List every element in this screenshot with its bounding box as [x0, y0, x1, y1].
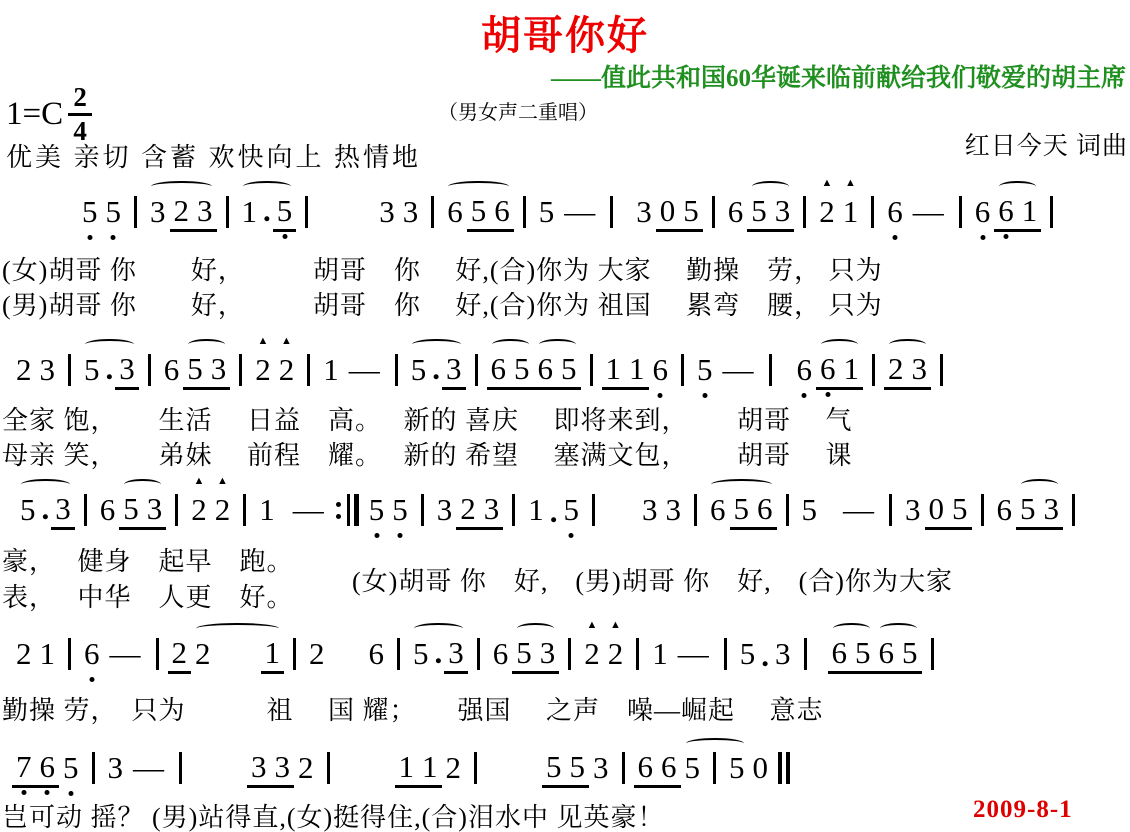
barline — [134, 196, 137, 228]
note-2: 2 — [170, 193, 194, 229]
dash-extension-mark: — — [127, 750, 170, 786]
note-5: 5 — [467, 193, 491, 229]
note-5: 5 — [535, 194, 559, 230]
note-3: 3 — [638, 492, 662, 528]
note-2: 2 — [580, 636, 604, 672]
note-5: 5 — [566, 749, 590, 785]
barline — [681, 354, 684, 386]
note-1: 1 — [395, 749, 419, 785]
slur-group: 656 — [443, 193, 514, 232]
dot-extension-mark: . — [433, 637, 445, 674]
note-2: 2 — [168, 635, 192, 674]
note-5: 5 — [725, 750, 749, 786]
barline — [327, 752, 330, 784]
note-3: 3 — [1040, 491, 1064, 527]
note-3: 3 — [433, 492, 457, 528]
note-3: 3 — [271, 749, 295, 785]
slur-group: 21 — [191, 635, 284, 674]
note-2: 2 — [294, 750, 318, 786]
key-signature: 1=C — [6, 96, 63, 133]
note-5: 5 — [365, 492, 389, 528]
beam-group: 05 — [656, 193, 703, 232]
note-2: 2 — [191, 636, 215, 672]
barline — [713, 752, 716, 784]
slur-group: 5.3 — [407, 351, 466, 390]
note-5: 5 — [736, 636, 760, 672]
note-5: 5 — [273, 193, 297, 232]
note-6: 6 — [649, 352, 673, 388]
note-2: 2 — [187, 492, 211, 528]
note-1: 1 — [625, 351, 649, 390]
lyrics-line-verse2: 母亲 笑， 弟妹 前程 耀。 新的 希望 塞满文包， 胡哥 课 — [2, 435, 853, 472]
note-5: 5 — [948, 491, 972, 527]
note-3: 3 — [36, 352, 60, 388]
slur-group: 5.3 — [80, 351, 139, 390]
note-3: 3 — [442, 351, 466, 390]
dash-extension-mark: — — [717, 352, 760, 388]
beam-group: 11 — [395, 749, 442, 788]
barline — [395, 354, 398, 386]
note-3: 3 — [901, 492, 925, 528]
barline — [477, 638, 480, 670]
note-3: 3 — [399, 194, 423, 230]
note-5: 5 — [730, 491, 754, 527]
ensemble-note: （男女声二重唱） — [438, 96, 598, 125]
barline — [68, 638, 71, 670]
dash-extension-mark: — — [672, 636, 715, 672]
note-6: 6 — [490, 193, 514, 229]
dot-extension-mark: . — [548, 496, 560, 533]
note-5: 5 — [102, 194, 126, 230]
note-6: 6 — [706, 492, 730, 528]
note-2: 2 — [604, 636, 628, 672]
note-6: 6 — [80, 636, 104, 672]
note-6: 6 — [724, 194, 748, 230]
slur-group: 55 — [681, 750, 749, 786]
dash-extension-mark: — — [287, 492, 330, 528]
slur-group: 53 — [183, 351, 230, 390]
note-1: 1 — [1018, 193, 1042, 229]
lyrics-line-final: 岂可动 摇？ (男)站得直,(女)挺得住,(合)泪水中 见英豪！ — [2, 797, 664, 832]
barline — [871, 196, 874, 228]
dot-extension-mark: . — [40, 493, 52, 530]
note-6: 6 — [883, 194, 907, 230]
slur-group: 65 — [534, 351, 581, 387]
note-3: 3 — [632, 194, 656, 230]
song-title: 胡哥你好 — [0, 4, 1130, 61]
barline — [769, 354, 772, 386]
slur-group: 53 — [1016, 491, 1063, 530]
note-5: 5 — [183, 351, 207, 387]
barline — [804, 638, 807, 670]
note-5: 5 — [693, 352, 717, 388]
barline — [610, 196, 613, 228]
note-5: 5 — [407, 352, 431, 388]
beam-group: 66 — [634, 749, 681, 788]
beam-group: 05 — [925, 491, 972, 530]
note-3: 3 — [536, 635, 560, 671]
dedication-line: ——值此共和国60华诞来临前献给我们敬爱的胡主席 — [551, 58, 1126, 94]
beam-group: 55 — [542, 749, 589, 788]
barline — [622, 752, 625, 784]
composer-credit: 红日今天 词曲 — [965, 126, 1128, 162]
music-line-5: 7653—33211255366550 — [12, 745, 796, 791]
note-6: 6 — [816, 351, 840, 387]
music-line-4: 216—221265.3653221—5.36565 — [12, 631, 943, 677]
note-1: 1 — [238, 194, 262, 230]
note-3: 3 — [247, 749, 271, 785]
barline — [148, 354, 151, 386]
note-2: 2 — [456, 491, 480, 527]
note-6: 6 — [753, 491, 777, 527]
note-5: 5 — [409, 636, 433, 672]
note-3: 3 — [444, 635, 468, 674]
note-5: 5 — [80, 352, 104, 388]
barline — [243, 494, 246, 526]
beam-group: 56 — [467, 193, 514, 232]
note-1: 1 — [839, 194, 863, 230]
barline — [959, 196, 962, 228]
note-3: 3 — [193, 193, 217, 229]
dot-extension-mark: . — [430, 353, 442, 390]
note-5: 5 — [388, 492, 412, 528]
note-2: 2 — [442, 750, 466, 786]
barline — [475, 354, 478, 386]
barline — [636, 638, 639, 670]
note-5: 5 — [557, 351, 581, 387]
final-barline — [778, 752, 790, 784]
barline — [175, 494, 178, 526]
note-1: 1 — [418, 749, 442, 785]
lyrics-line-bridge: 勤操 劳， 只为 祖 国 耀； 强国 之声 噪—崛起 意志 — [2, 690, 824, 727]
note-5: 5 — [542, 749, 566, 785]
note-6: 6 — [657, 749, 681, 785]
note-5: 5 — [681, 750, 705, 786]
lyrics-line-refrain: (女)胡哥 你 好, (男)胡哥 你 好, (合)你为大家 — [352, 561, 953, 598]
lyrics-line-verse2-end: 表， 中华 人更 好。 — [2, 577, 294, 614]
barline — [92, 752, 95, 784]
beam-group: 76 — [12, 749, 59, 788]
note-5: 5 — [747, 193, 771, 229]
note-7: 7 — [12, 749, 36, 785]
note-2: 2 — [815, 194, 839, 230]
slur-group: 23 — [884, 351, 931, 390]
rest-0: 0 — [749, 750, 773, 786]
slur-group: 323 — [146, 193, 217, 232]
barline — [872, 354, 875, 386]
note-5: 5 — [78, 194, 102, 230]
note-3: 3 — [115, 351, 139, 390]
note-6: 6 — [489, 636, 513, 672]
beam-group: 56 — [730, 491, 777, 530]
note-2: 2 — [305, 636, 329, 672]
slur-group: 65 — [875, 635, 922, 671]
key-time-signature: 1=C 2 4 — [6, 84, 92, 145]
note-6: 6 — [160, 352, 184, 388]
note-5: 5 — [798, 492, 822, 528]
barline — [694, 494, 697, 526]
note-6: 6 — [634, 749, 658, 785]
note-6: 6 — [993, 492, 1017, 528]
barline — [179, 752, 182, 784]
note-1: 1 — [36, 636, 60, 672]
note-6: 6 — [443, 194, 467, 230]
barline — [724, 638, 727, 670]
note-5: 5 — [679, 193, 703, 229]
rest-0: 0 — [656, 193, 680, 229]
note-2: 2 — [884, 351, 908, 387]
music-line-2: 235.3653221—5.365651165—66123 — [12, 347, 952, 393]
note-6: 6 — [875, 635, 899, 671]
note-6: 6 — [828, 635, 852, 671]
note-6: 6 — [36, 749, 60, 785]
barline — [523, 196, 526, 228]
barline — [786, 494, 789, 526]
note-6: 6 — [487, 351, 511, 387]
music-line-3: 5.3653221—553231.5336565—305653 — [16, 487, 1084, 533]
barline — [226, 196, 229, 228]
note-1: 1 — [602, 351, 626, 390]
lyrics-line-male-1: (男)胡哥 你 好， 胡哥 你 好,(合)你为 祖国 累弯 腰， 只为 — [2, 285, 883, 322]
barline — [712, 196, 715, 228]
note-3: 3 — [375, 194, 399, 230]
time-numerator: 2 — [73, 84, 87, 111]
barline — [889, 494, 892, 526]
dash-extension-mark: — — [558, 194, 601, 230]
dash-extension-mark: — — [907, 194, 950, 230]
barline — [590, 354, 593, 386]
slur-group: 53 — [119, 491, 166, 530]
slur-group: 65 — [828, 635, 875, 671]
lyrics-line-female-1: (女)胡哥 你 好， 胡哥 你 好,(合)你为 大家 勤操 劳， 只为 — [2, 250, 883, 287]
note-1: 1 — [648, 636, 672, 672]
note-2: 2 — [211, 492, 235, 528]
slur-group: 5.3 — [409, 635, 468, 674]
barline — [421, 494, 424, 526]
lyrics-line-verse1: 全家 饱， 生活 日益 高。 新的 喜庆 即将来到， 胡哥 气 — [2, 400, 853, 437]
repeat-barline — [336, 494, 359, 526]
slur-group: 656 — [706, 491, 777, 530]
barline — [940, 354, 943, 386]
barline — [592, 494, 595, 526]
barline — [397, 638, 400, 670]
slur-group: 65 — [487, 351, 534, 387]
slur-group: 61 — [816, 351, 863, 390]
slur-group: 53 — [747, 193, 794, 232]
note-2: 2 — [12, 352, 36, 388]
note-3: 3 — [662, 492, 686, 528]
beam-group: 23 — [170, 193, 217, 232]
dot-extension-mark: . — [104, 353, 116, 390]
barline — [431, 196, 434, 228]
barline — [568, 638, 571, 670]
barline — [307, 354, 310, 386]
barline — [305, 196, 308, 228]
beam-group: 6565 — [828, 635, 922, 674]
note-3: 3 — [771, 193, 795, 229]
dash-extension-mark: — — [837, 492, 880, 528]
barline — [68, 354, 71, 386]
date-stamp: 2009-8-1 — [973, 796, 1073, 824]
note-6: 6 — [365, 636, 389, 672]
barline — [1050, 196, 1053, 228]
slur-group: 61 — [994, 193, 1041, 232]
note-5: 5 — [510, 351, 534, 387]
barline — [84, 494, 87, 526]
slur-group: 5.3 — [16, 491, 75, 530]
note-3: 3 — [104, 750, 128, 786]
dash-extension-mark: — — [104, 636, 147, 672]
note-3: 3 — [908, 351, 932, 387]
note-3: 3 — [143, 491, 167, 527]
slur-group: 1.5 — [238, 193, 297, 232]
note-1: 1 — [261, 635, 285, 674]
time-signature: 2 4 — [68, 84, 92, 145]
dash-extension-mark: — — [343, 352, 386, 388]
beam-group: 6565 — [487, 351, 581, 390]
sheet-music-page: 胡哥你好 ——值此共和国60华诞来临前献给我们敬爱的胡主席 （男女声二重唱） 1… — [0, 0, 1130, 832]
beam-group: 33 — [247, 749, 294, 788]
note-5: 5 — [16, 492, 40, 528]
note-6: 6 — [994, 193, 1018, 229]
barline — [293, 638, 296, 670]
barline — [156, 638, 159, 670]
barline — [1072, 494, 1075, 526]
note-6: 6 — [96, 492, 120, 528]
note-5: 5 — [59, 750, 83, 786]
note-1: 1 — [524, 492, 548, 528]
note-3: 3 — [146, 194, 170, 230]
note-1: 1 — [255, 492, 279, 528]
note-5: 5 — [560, 492, 584, 528]
music-line-1: 553231.5336565—305653216—661 — [70, 189, 1062, 235]
note-2: 2 — [251, 352, 275, 388]
barline — [512, 494, 515, 526]
dot-extension-mark: . — [261, 195, 273, 232]
note-5: 5 — [1016, 491, 1040, 527]
note-1: 1 — [319, 352, 343, 388]
note-3: 3 — [589, 750, 613, 786]
rest-0: 0 — [925, 491, 949, 527]
note-6: 6 — [534, 351, 558, 387]
expression-marking: 优美 亲切 含蓄 欢快向上 热情地 — [6, 137, 421, 174]
lyrics-line-verse1-end: 豪， 健身 起早 跑。 — [2, 541, 294, 578]
beam-group: 23 — [456, 491, 503, 530]
note-2: 2 — [12, 636, 36, 672]
barline — [474, 752, 477, 784]
note-6: 6 — [971, 194, 995, 230]
note-3: 3 — [51, 491, 75, 530]
barline — [931, 638, 934, 670]
note-5: 5 — [512, 635, 536, 671]
note-1: 1 — [840, 351, 864, 387]
barline — [981, 494, 984, 526]
note-5: 5 — [898, 635, 922, 671]
note-3: 3 — [207, 351, 231, 387]
note-5: 5 — [851, 635, 875, 671]
note-3: 3 — [771, 636, 795, 672]
dot-extension-mark: . — [759, 640, 771, 677]
note-2: 2 — [275, 352, 299, 388]
slur-group: 53 — [512, 635, 559, 674]
barline — [239, 354, 242, 386]
barline — [803, 196, 806, 228]
note-3: 3 — [480, 491, 504, 527]
note-5: 5 — [119, 491, 143, 527]
note-6: 6 — [793, 352, 817, 388]
